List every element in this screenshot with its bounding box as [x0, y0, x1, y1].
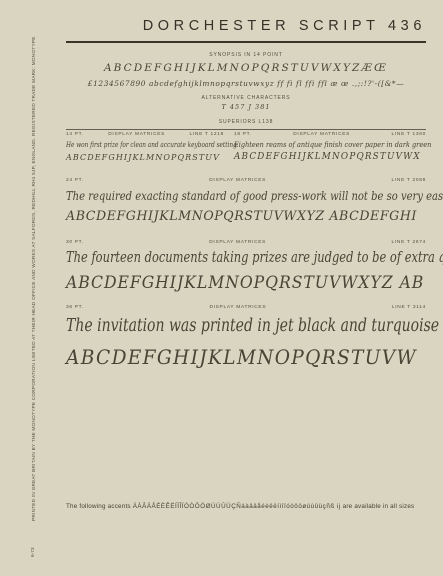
accents-note: The following accents ÁÀÂÄÅÉÈÊËÍÌÎÏÓÒÔÖØ… — [66, 503, 426, 510]
size-label: 24 PT. — [66, 178, 84, 183]
page-title: DORCHESTER SCRIPT 436 — [66, 18, 426, 34]
specimen-page: PRINTED IN GREAT BRITAIN BY THE MONOTYPE… — [0, 0, 443, 576]
alphabet-text: ABCDEFGHIJKLMNOPQRSTUVW — [66, 345, 417, 369]
accents-list: ÁÀÂÄÅÉÈÊËÍÌÎÏÓÒÔÖØÚÙÛÜÇÑáàâäåéèêëíìîïóòô… — [133, 503, 341, 510]
specimen-30pt-sample: The fourteen documents taking prizes are… — [66, 250, 426, 266]
specimen-36pt-alphabet: ABCDEFGHIJKLMNOPQRSTUVW — [66, 345, 426, 369]
specimen-14pt: 14 PT. DISPLAY MATRICES LINE T 1218 He w… — [66, 132, 224, 162]
specimen-30pt-alphabet: ABCDEFGHIJKLMNOPQRSTUVWXYZ AB — [66, 273, 426, 292]
accents-suffix: are available in all sizes — [343, 503, 415, 510]
line-number: LINE T 2088 — [392, 178, 426, 183]
superiors-note: SUPERIORS L138 — [66, 119, 426, 125]
synopsis-lowercase-figures: £1234567890 abcdefghijklmnopqrstuvwxyz f… — [66, 79, 426, 88]
line-number: LINE T 1360 — [392, 132, 426, 137]
alphabet-text: ABCDEFGHIJKLMNOPQRSTUVWXYZ ABCDEFGHI — [66, 209, 417, 224]
sample-text: Eighteen reams of antique finish cover p… — [234, 140, 431, 149]
edition-code: 6-73 — [31, 547, 36, 557]
alternative-characters: T 457 J 381 — [66, 103, 426, 111]
specimen-24pt-header: 24 PT. DISPLAY MATRICES LINE T 2088 — [66, 178, 426, 183]
matrices-label: DISPLAY MATRICES — [209, 240, 266, 245]
specimen-18pt-header: 18 PT. DISPLAY MATRICES LINE T 1360 — [234, 132, 426, 137]
accents-prefix: The following accents — [66, 503, 131, 510]
specimen-30pt-header: 30 PT. DISPLAY MATRICES LINE T 2674 — [66, 240, 426, 245]
matrices-label: DISPLAY MATRICES — [209, 178, 266, 183]
size-label: 30 PT. — [66, 240, 84, 245]
specimen-30pt: 30 PT. DISPLAY MATRICES LINE T 2674 The … — [66, 240, 426, 292]
size-label: 36 PT. — [66, 305, 84, 310]
line-number: LINE T 2674 — [392, 240, 426, 245]
specimen-14pt-header: 14 PT. DISPLAY MATRICES LINE T 1218 — [66, 132, 224, 137]
specimen-14pt-sample: He won first prize for clean and accurat… — [66, 141, 224, 149]
matrices-label: DISPLAY MATRICES — [108, 132, 165, 137]
specimen-18pt-sample: Eighteen reams of antique finish cover p… — [234, 140, 426, 149]
specimen-36pt-header: 36 PT. DISPLAY MATRICES LINE T 3114 — [66, 305, 426, 310]
specimen-24pt-alphabet: ABCDEFGHIJKLMNOPQRSTUVWXYZ ABCDEFGHI — [66, 209, 426, 224]
matrices-label: DISPLAY MATRICES — [293, 132, 350, 137]
line-number: LINE T 1218 — [190, 132, 224, 137]
line-number: LINE T 3114 — [392, 305, 426, 310]
section-divider-rule — [66, 129, 426, 130]
title-rule — [66, 41, 426, 43]
size-label: 18 PT. — [234, 132, 252, 137]
specimen-24pt-sample: The required exacting standard of good p… — [66, 188, 426, 203]
matrices-label: DISPLAY MATRICES — [209, 305, 266, 310]
sample-text: The required exacting standard of good p… — [66, 188, 443, 203]
specimen-36pt: 36 PT. DISPLAY MATRICES LINE T 3114 The … — [66, 305, 426, 369]
synopsis-heading: SYNOPSIS IN 14 POINT — [66, 52, 426, 58]
specimen-36pt-sample: The invitation was printed in jet black … — [66, 316, 426, 336]
specimen-24pt: 24 PT. DISPLAY MATRICES LINE T 2088 The … — [66, 178, 426, 224]
specimen-14pt-alphabet: ABCDEFGHIJKLMNOPQRSTUV — [66, 153, 224, 162]
alternative-characters-heading: ALTERNATIVE CHARACTERS — [66, 95, 426, 101]
sample-text: The invitation was printed in jet black … — [66, 316, 443, 336]
specimen-row-small-sizes: 14 PT. DISPLAY MATRICES LINE T 1218 He w… — [66, 132, 426, 162]
specimen-18pt: 18 PT. DISPLAY MATRICES LINE T 1360 Eigh… — [234, 132, 426, 162]
sample-text: He won first prize for clean and accurat… — [66, 141, 237, 149]
specimen-18pt-alphabet: ABCDEFGHIJKLMNOPQRSTUVWX — [234, 152, 426, 162]
synopsis-section: SYNOPSIS IN 14 POINT ABCDEFGHIJKLMNOPQRS… — [66, 52, 426, 125]
alphabet-text: ABCDEFGHIJKLMNOPQRSTUVWXYZ AB — [66, 273, 424, 292]
synopsis-uppercase-alphabet: ABCDEFGHIJKLMNOPQRSTUVWXYZÆŒ — [66, 62, 426, 74]
sample-text: The fourteen documents taking prizes are… — [66, 250, 443, 266]
size-label: 14 PT. — [66, 132, 84, 137]
printer-imprint-note: PRINTED IN GREAT BRITAIN BY THE MONOTYPE… — [31, 36, 36, 521]
